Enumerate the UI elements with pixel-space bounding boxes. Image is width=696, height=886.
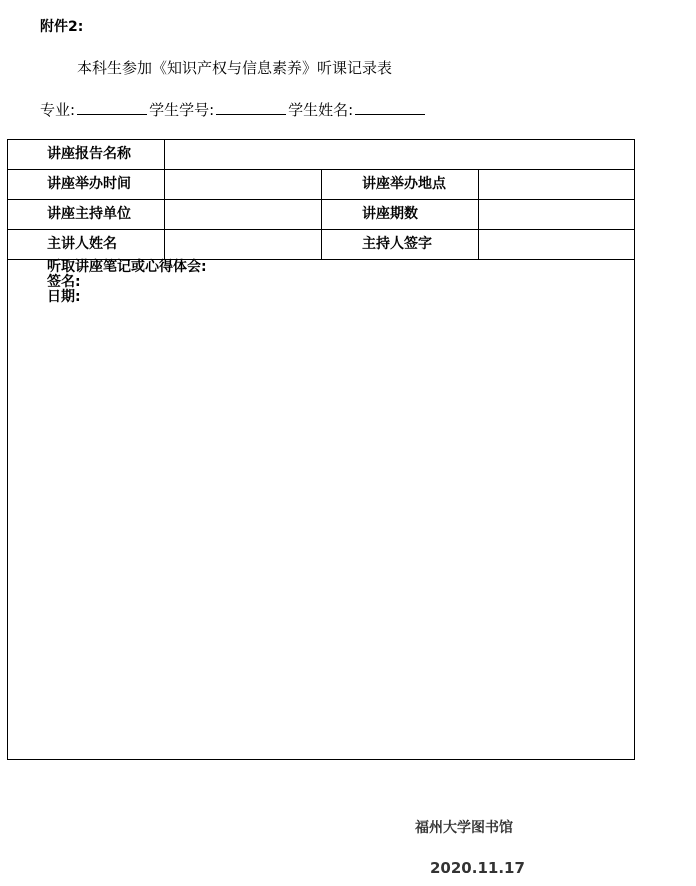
lecture-time-label: 讲座举办时间 [8, 170, 164, 199]
session-number-label: 讲座期数 [321, 200, 478, 229]
notes-area[interactable]: 听取讲座笔记或心得体会: 签名: 日期: [47, 260, 207, 305]
attachment-label: 附件2: [40, 16, 83, 36]
notes-heading: 听取讲座笔记或心得体会: [47, 260, 207, 275]
lecture-time-field[interactable] [164, 170, 321, 199]
document-date: 2020.11.17 [430, 859, 525, 877]
host-unit-label: 讲座主持单位 [8, 200, 164, 229]
record-table: 讲座报告名称 讲座举办时间 讲座举办地点 讲座主持单位 讲座期数 主讲人姓名 主… [7, 139, 635, 760]
lecture-location-field[interactable] [478, 170, 635, 199]
student-info-line: 专业:学生学号:学生姓名: [40, 99, 427, 120]
host-unit-field[interactable] [164, 200, 321, 229]
student-name-field[interactable] [355, 100, 425, 115]
form-title: 本科生参加《知识产权与信息素养》听课记录表 [77, 57, 392, 78]
host-signature-field[interactable] [478, 230, 635, 259]
table-row-lecture-name: 讲座报告名称 [8, 140, 634, 170]
lecture-location-label: 讲座举办地点 [321, 170, 478, 199]
speaker-name-label: 主讲人姓名 [8, 230, 164, 259]
notes-sign-label: 签名: [47, 275, 207, 290]
lecture-name-label: 讲座报告名称 [8, 140, 164, 169]
notes-date-label: 日期: [47, 290, 207, 305]
major-field[interactable] [77, 100, 147, 115]
organization-name: 福州大学图书馆 [415, 817, 513, 837]
speaker-name-field[interactable] [164, 230, 321, 259]
table-row-time-location: 讲座举办时间 讲座举办地点 [8, 170, 634, 200]
host-signature-label: 主持人签字 [321, 230, 478, 259]
session-number-field[interactable] [478, 200, 635, 229]
student-id-field[interactable] [216, 100, 286, 115]
student-id-label: 学生学号: [149, 101, 214, 119]
major-label: 专业: [40, 101, 75, 119]
lecture-name-field[interactable] [164, 140, 635, 169]
table-row-host-session: 讲座主持单位 讲座期数 [8, 200, 634, 230]
table-row-speaker-signature: 主讲人姓名 主持人签字 [8, 230, 634, 260]
student-name-label: 学生姓名: [288, 101, 353, 119]
